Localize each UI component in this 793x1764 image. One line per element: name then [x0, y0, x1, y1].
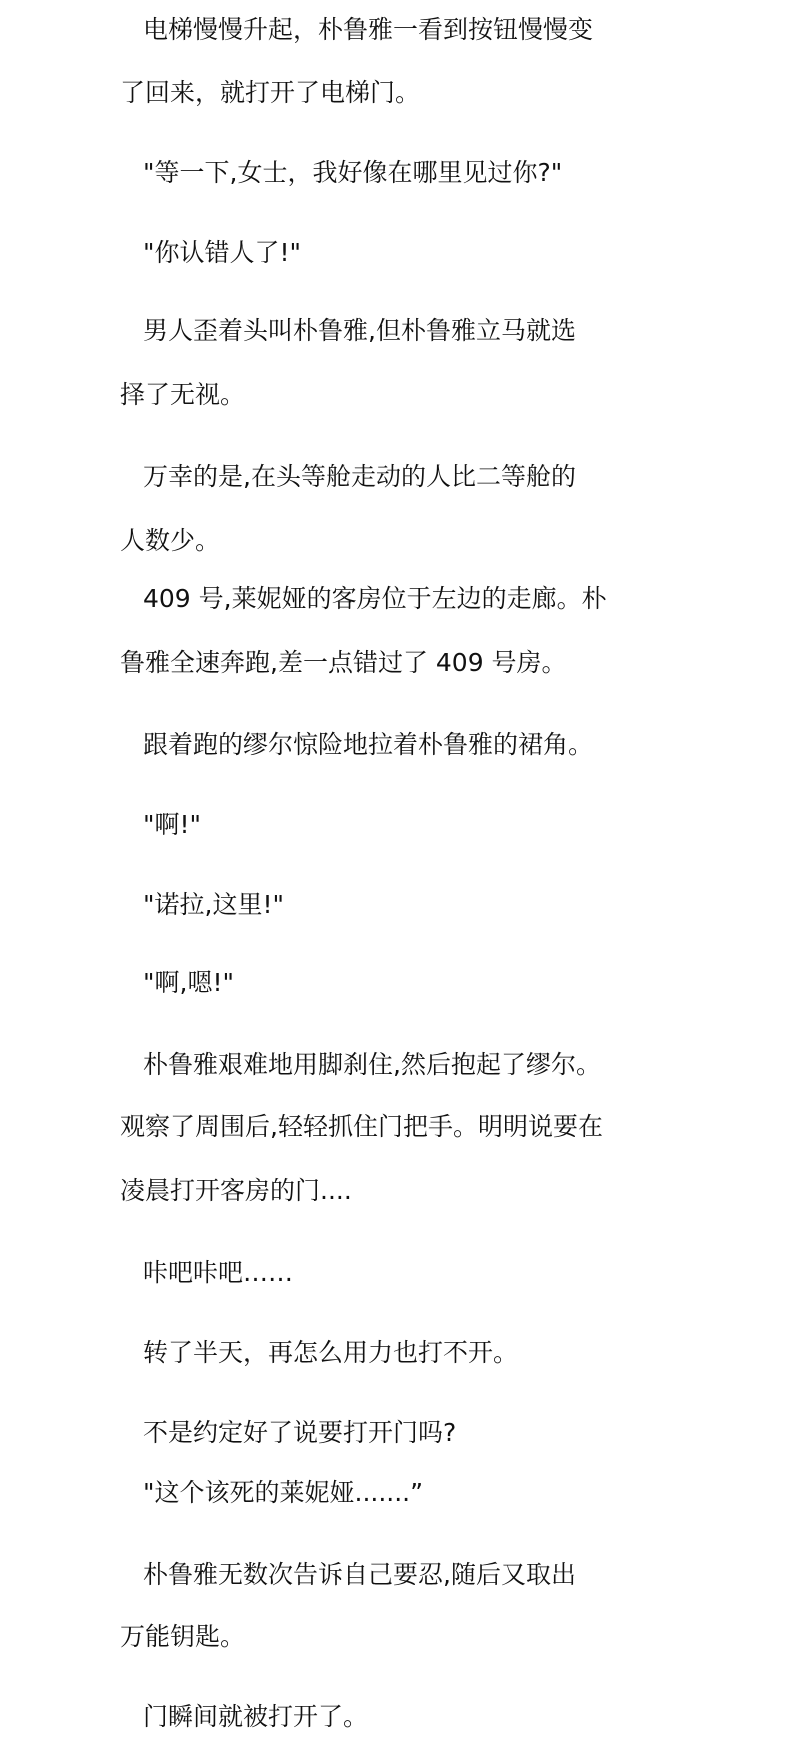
text-line: 转了半天，再怎么用力也打不开。: [143, 1338, 518, 1368]
text-line: "诺拉,这里!": [143, 890, 284, 920]
text-line: "啊,嗯!": [143, 968, 234, 998]
text-line: 鲁雅全速奔跑,差一点错过了 409 号房。: [120, 648, 567, 678]
text-line: 不是约定好了说要打开门吗?: [143, 1418, 456, 1448]
text-line: 人数少。: [120, 526, 220, 556]
text-line: 观察了周围后,轻轻抓住门把手。明明说要在: [120, 1112, 603, 1142]
text-line: 门瞬间就被打开了。: [143, 1702, 368, 1732]
text-line: 凌晨打开客房的门....: [120, 1176, 352, 1206]
text-line: "啊!": [143, 810, 201, 840]
text-line: 跟着跑的缪尔惊险地拉着朴鲁雅的裙角。: [143, 730, 593, 760]
text-line: 电梯慢慢升起，朴鲁雅一看到按钮慢慢变: [143, 15, 593, 45]
text-line: "等一下,女士，我好像在哪里见过你?": [143, 158, 562, 188]
text-line: 万幸的是,在头等舱走动的人比二等舱的: [143, 462, 576, 492]
text-line: 了回来，就打开了电梯门。: [120, 78, 420, 108]
text-line: "你认错人了!": [143, 238, 301, 268]
text-line: 409 号,莱妮娅的客房位于左边的走廊。朴: [143, 584, 607, 614]
text-line: 咔吧咔吧……: [143, 1258, 293, 1288]
text-line: 万能钥匙。: [120, 1622, 245, 1652]
text-line: 男人歪着头叫朴鲁雅,但朴鲁雅立马就选: [143, 316, 576, 346]
text-line: 朴鲁雅艰难地用脚刹住,然后抱起了缪尔。: [143, 1050, 601, 1080]
text-line: "这个该死的莱妮娅.......”: [143, 1478, 423, 1508]
text-line: 朴鲁雅无数次告诉自己要忍,随后又取出: [143, 1560, 576, 1590]
text-line: 择了无视。: [120, 380, 245, 410]
